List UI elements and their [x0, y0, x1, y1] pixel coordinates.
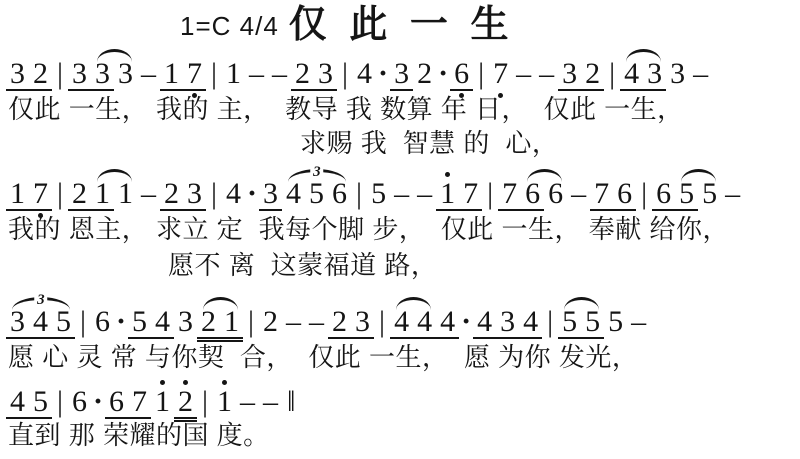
duration-dot: ·: [436, 59, 450, 89]
note-3: 3: [183, 179, 206, 211]
bar-line: |: [473, 59, 489, 89]
note-3: 3: [6, 307, 29, 339]
note-5: 5: [305, 179, 328, 209]
note-2: 2: [581, 59, 604, 91]
music-line-3: 345|6·54321|2––23|444·434|555–3: [0, 294, 800, 342]
note-1: 1: [160, 59, 183, 91]
note-4: 4: [6, 387, 29, 419]
note-7: 7: [590, 179, 613, 211]
duration-dash: –: [305, 307, 328, 337]
note-3: 3: [390, 59, 413, 91]
lyric-line-6: 直到 那 荣耀的国 度。: [0, 420, 800, 454]
bar-line: |: [337, 59, 353, 89]
slur-tie: [564, 297, 599, 310]
bar-line: |: [636, 179, 652, 209]
note-5: 5: [367, 179, 390, 209]
duration-dot: ·: [91, 387, 105, 417]
note-2: 2: [174, 387, 197, 419]
bar-line: |: [243, 307, 259, 337]
note-6: 6: [652, 179, 675, 211]
note-2: 2: [328, 307, 351, 339]
duration-dash: –: [689, 59, 712, 89]
duration-dash: –: [268, 59, 291, 89]
octave-dot-low: [38, 213, 43, 218]
note-2: 2: [160, 179, 183, 211]
note-1: 1: [222, 59, 245, 89]
note-6: 6: [544, 179, 567, 209]
note-6: 6: [613, 179, 636, 211]
slur-tie: [681, 169, 716, 182]
note-3: 3: [174, 307, 197, 337]
note-3: 3: [351, 307, 374, 339]
lyric-line-2: 求赐 我 智慧 的 心，: [0, 128, 800, 166]
note-1: 1: [151, 387, 174, 417]
song-title: 仅 此 一 生: [289, 4, 515, 46]
duration-dash: –: [535, 59, 558, 89]
lyric-line-1: 仅此 一生， 我的 主， 教导 我 数算 年 日， 仅此 一生，: [0, 94, 800, 128]
note-1: 1: [220, 307, 243, 339]
key-time-signature: 1=C 4/4: [180, 6, 279, 46]
note-4: 4: [282, 179, 305, 209]
note-4: 4: [473, 307, 496, 339]
note-2: 2: [68, 179, 91, 211]
duration-dash: –: [567, 179, 590, 209]
note-2: 2: [259, 307, 282, 337]
note-6: 6: [91, 307, 114, 337]
note-3: 3: [91, 59, 114, 91]
note-5: 5: [128, 307, 151, 339]
note-3: 3: [259, 179, 282, 211]
lyric-line-4: 愿不 离 这蒙福道 路，: [0, 250, 800, 294]
duration-dash: –: [390, 179, 413, 209]
note-7: 7: [459, 179, 482, 211]
final-bar-line: ‖: [282, 387, 300, 417]
note-7: 7: [489, 59, 512, 89]
bar-line: |: [197, 387, 213, 417]
music-line-1: 32|333–17|1––23|4·32·6|7––32|433–: [0, 46, 800, 94]
slur-tie: [97, 169, 132, 182]
slur-tie: [527, 169, 562, 182]
octave-dot-low: [192, 93, 197, 98]
note-1: 1: [114, 179, 137, 209]
duration-dot: ·: [114, 307, 128, 337]
note-4: 4: [413, 307, 436, 339]
duration-dash: –: [259, 387, 282, 417]
note-3: 3: [558, 59, 581, 91]
bar-line: |: [482, 179, 498, 209]
note-4: 4: [353, 59, 376, 89]
bar-line: |: [604, 59, 620, 89]
duration-dot: ·: [245, 179, 259, 209]
note-4: 4: [222, 179, 245, 209]
note-7: 7: [183, 59, 206, 91]
note-1: 1: [6, 179, 29, 211]
note-4: 4: [151, 307, 174, 339]
note-5: 5: [581, 307, 604, 339]
note-4: 4: [29, 307, 52, 339]
duration-dash: –: [236, 387, 259, 417]
octave-dot-high: [222, 380, 227, 385]
note-2: 2: [291, 59, 314, 91]
music-line-2: 17|211–23|4·3456|5––17|766–76|655–3: [0, 166, 800, 214]
note-7: 7: [498, 179, 521, 211]
note-1: 1: [213, 387, 236, 417]
bar-line: |: [52, 179, 68, 209]
bar-line: |: [351, 179, 367, 209]
note-5: 5: [29, 387, 52, 419]
note-3: 3: [114, 59, 137, 89]
bar-line: |: [542, 307, 558, 337]
bar-line: |: [52, 59, 68, 89]
note-3: 3: [6, 59, 29, 91]
note-6: 6: [521, 179, 544, 211]
note-6: 6: [105, 387, 128, 419]
note-3: 3: [666, 59, 689, 89]
note-7: 7: [128, 387, 151, 419]
note-4: 4: [436, 307, 459, 339]
note-4: 4: [620, 59, 643, 91]
bar-line: |: [75, 307, 91, 337]
note-4: 4: [390, 307, 413, 339]
note-6: 6: [450, 59, 473, 91]
triplet-number: 3: [34, 293, 48, 308]
bar-line: |: [206, 179, 222, 209]
slur-tie: [626, 49, 661, 62]
duration-dash: –: [721, 179, 744, 209]
note-5: 5: [698, 179, 721, 209]
bar-line: |: [206, 59, 222, 89]
note-7: 7: [29, 179, 52, 211]
slur-tie: [97, 49, 132, 62]
note-5: 5: [675, 179, 698, 211]
lyric-line-5: 愿 心 灵 常 与你契 合， 仅此 一生， 愿 为你 发光，: [0, 342, 800, 378]
duration-dot: ·: [459, 307, 473, 337]
duration-dot: ·: [376, 59, 390, 89]
duration-dash: –: [413, 179, 436, 209]
note-3: 3: [643, 59, 666, 91]
note-5: 5: [558, 307, 581, 339]
note-6: 6: [328, 179, 351, 209]
note-2: 2: [413, 59, 436, 89]
duration-dash: –: [282, 307, 305, 337]
note-3: 3: [496, 307, 519, 339]
lyric-line-3: 我的 恩主， 求立 定 我每个脚 步， 仅此 一生， 奉献 给你，: [0, 214, 800, 250]
note-4: 4: [519, 307, 542, 339]
music-line-4: 45|6·6712|1––‖: [0, 378, 800, 420]
note-2: 2: [197, 307, 220, 339]
duration-dash: –: [137, 179, 160, 209]
note-5: 5: [604, 307, 627, 337]
duration-dash: –: [245, 59, 268, 89]
note-2: 2: [29, 59, 52, 91]
title-row: 1=C 4/4 仅 此 一 生: [0, 0, 800, 46]
triplet-number: 3: [310, 165, 324, 180]
bar-line: |: [52, 387, 68, 417]
note-3: 3: [68, 59, 91, 91]
bar-line: |: [374, 307, 390, 337]
note-1: 1: [436, 179, 459, 211]
octave-dot-high: [445, 172, 450, 177]
note-1: 1: [91, 179, 114, 211]
octave-dot-high: [183, 380, 188, 385]
note-6: 6: [68, 387, 91, 417]
octave-dot-high: [160, 380, 165, 385]
note-5: 5: [52, 307, 75, 339]
duration-dash: –: [627, 307, 650, 337]
note-3: 3: [314, 59, 337, 91]
hymn-sheet-page: 1=C 4/4 仅 此 一 生 32|333–17|1––23|4·32·6|7…: [0, 0, 800, 459]
duration-dash: –: [512, 59, 535, 89]
slur-tie: [396, 297, 431, 310]
slur-tie: [203, 297, 238, 310]
duration-dash: –: [137, 59, 160, 89]
